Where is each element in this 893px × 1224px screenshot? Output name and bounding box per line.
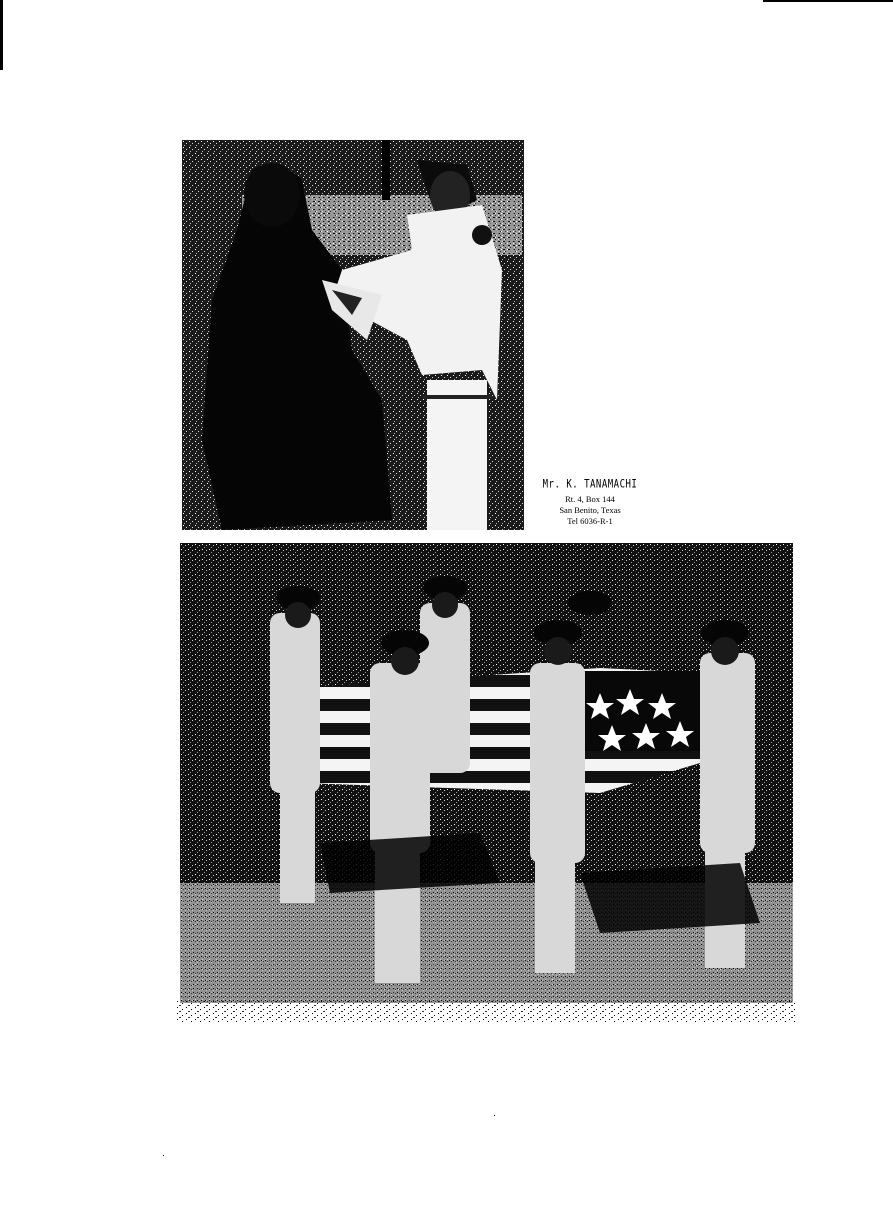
- caption-block: Mr. K. TANAMACHI Rt. 4, Box 144 San Beni…: [534, 480, 646, 527]
- caption-name: Mr. K. TANAMACHI: [534, 479, 646, 493]
- scan-speck: [163, 1155, 164, 1156]
- scan-edge-artifact: [0, 0, 3, 70]
- flag-presentation-photo: [182, 140, 524, 530]
- casket-procession-photo: [180, 543, 793, 1003]
- scan-speck: [494, 1115, 495, 1116]
- caption-address-line-2: San Benito, Texas: [534, 505, 646, 516]
- scan-edge-artifact: [763, 0, 893, 2]
- photo-scan-fringe: [176, 1000, 796, 1022]
- caption-phone: Tel 6036-R-1: [534, 516, 646, 527]
- caption-address-line-1: Rt. 4, Box 144: [534, 494, 646, 505]
